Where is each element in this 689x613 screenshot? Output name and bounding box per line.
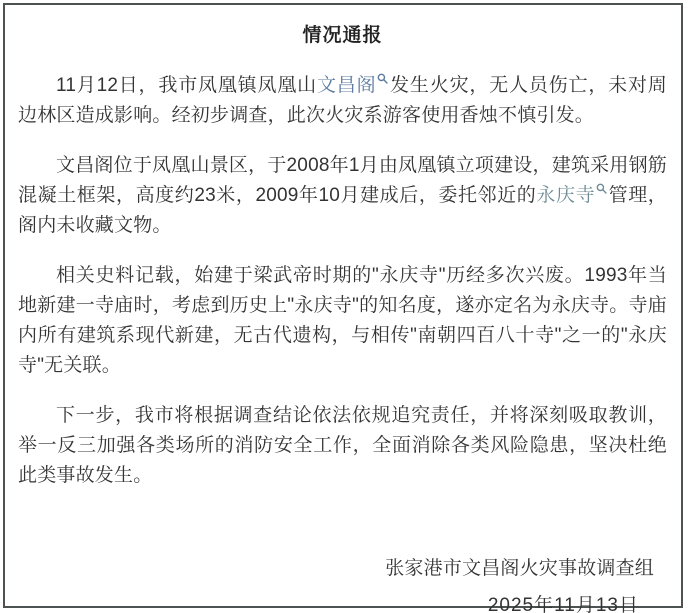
paragraph: 下一步，我市将根据调查结论依法依规追究责任，并将深刻吸取教训，举一反三加强各类场… [18,401,667,491]
paragraph: 相关史料记载，始建于梁武帝时期的"永庆寺"历经多次兴废。1993年当地新建一寺庙… [18,261,667,381]
paragraph: 11月12日，我市凤凰镇凤凰山文昌阁发生火灾，无人员伤亡，未对周边林区造成影响。… [18,71,667,131]
paragraph: 文昌阁位于凤凰山景区，于2008年1月由凤凰镇立项建设，建筑采用钢筋混凝土框架，… [18,151,667,241]
search-icon [377,73,388,84]
notice-document: 情况通报 11月12日，我市凤凰镇凤凰山文昌阁发生火灾，无人员伤亡，未对周边林区… [3,3,683,608]
document-title: 情况通报 [18,21,667,51]
date-line: 2025年11月13日 [18,591,667,613]
paragraph-text: 相关史料记载，始建于梁武帝时期的"永庆寺"历经多次兴废。1993年当地新建一寺庙… [18,265,667,376]
paragraph-text: 下一步，我市将根据调查结论依法依规追究责任，并将深刻吸取教训，举一反三加强各类场… [18,405,667,486]
document-body: 11月12日，我市凤凰镇凤凰山文昌阁发生火灾，无人员伤亡，未对周边林区造成影响。… [18,71,667,491]
entity-link[interactable]: 永庆寺 [536,185,608,206]
signature-line: 张家港市文昌阁火灾事故调查组 [18,554,667,584]
search-icon [596,183,607,194]
entity-link[interactable]: 文昌阁 [317,75,389,96]
paragraph-text: 11月12日，我市凤凰镇凤凰山 [56,75,317,96]
